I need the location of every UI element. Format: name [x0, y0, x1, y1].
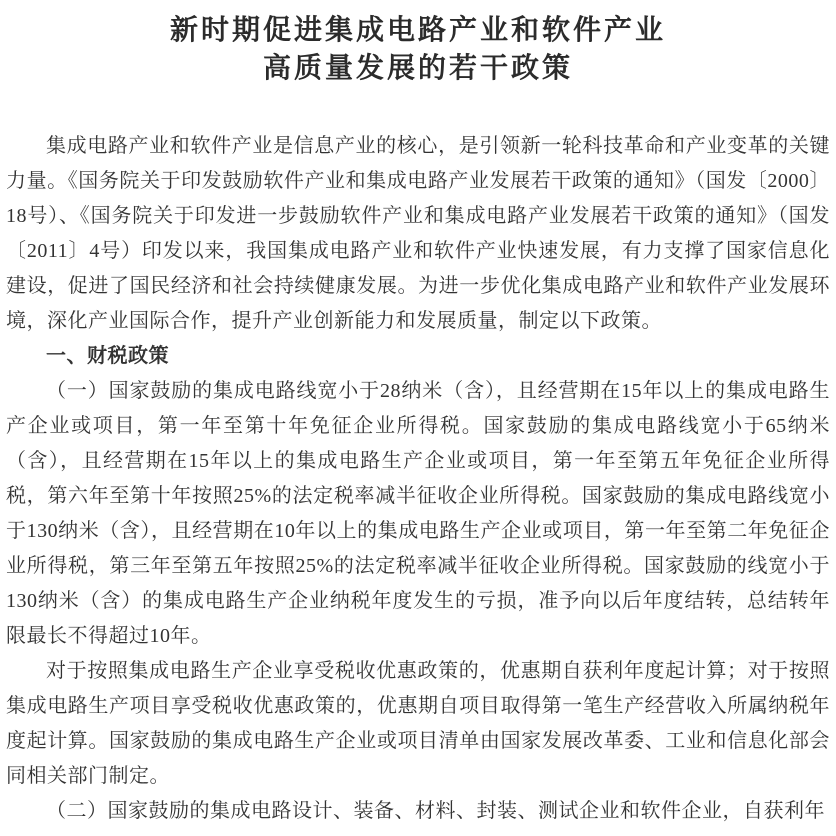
- document-title-line-2: 高质量发展的若干政策: [6, 50, 830, 88]
- document-title-line-1: 新时期促进集成电路产业和软件产业: [6, 12, 830, 50]
- document-body: 集成电路产业和软件产业是信息产业的核心，是引领新一轮科技革命和产业变革的关键力量…: [6, 129, 830, 829]
- section-heading-fiscal-tax-policy: 一、财税政策: [6, 339, 830, 374]
- paragraph-article-1-supplement: 对于按照集成电路生产企业享受税收优惠政策的，优惠期自获利年度起计算；对于按照集成…: [6, 654, 830, 794]
- document-title: 新时期促进集成电路产业和软件产业 高质量发展的若干政策: [6, 12, 830, 88]
- document-page: 新时期促进集成电路产业和软件产业 高质量发展的若干政策 集成电路产业和软件产业是…: [0, 0, 836, 836]
- paragraph-article-1: （一）国家鼓励的集成电路线宽小于28纳米（含），且经营期在15年以上的集成电路生…: [6, 374, 830, 654]
- paragraph-intro: 集成电路产业和软件产业是信息产业的核心，是引领新一轮科技革命和产业变革的关键力量…: [6, 129, 830, 339]
- paragraph-article-2-partial: （二）国家鼓励的集成电路设计、装备、材料、封装、测试企业和软件企业，自获利年: [6, 794, 830, 829]
